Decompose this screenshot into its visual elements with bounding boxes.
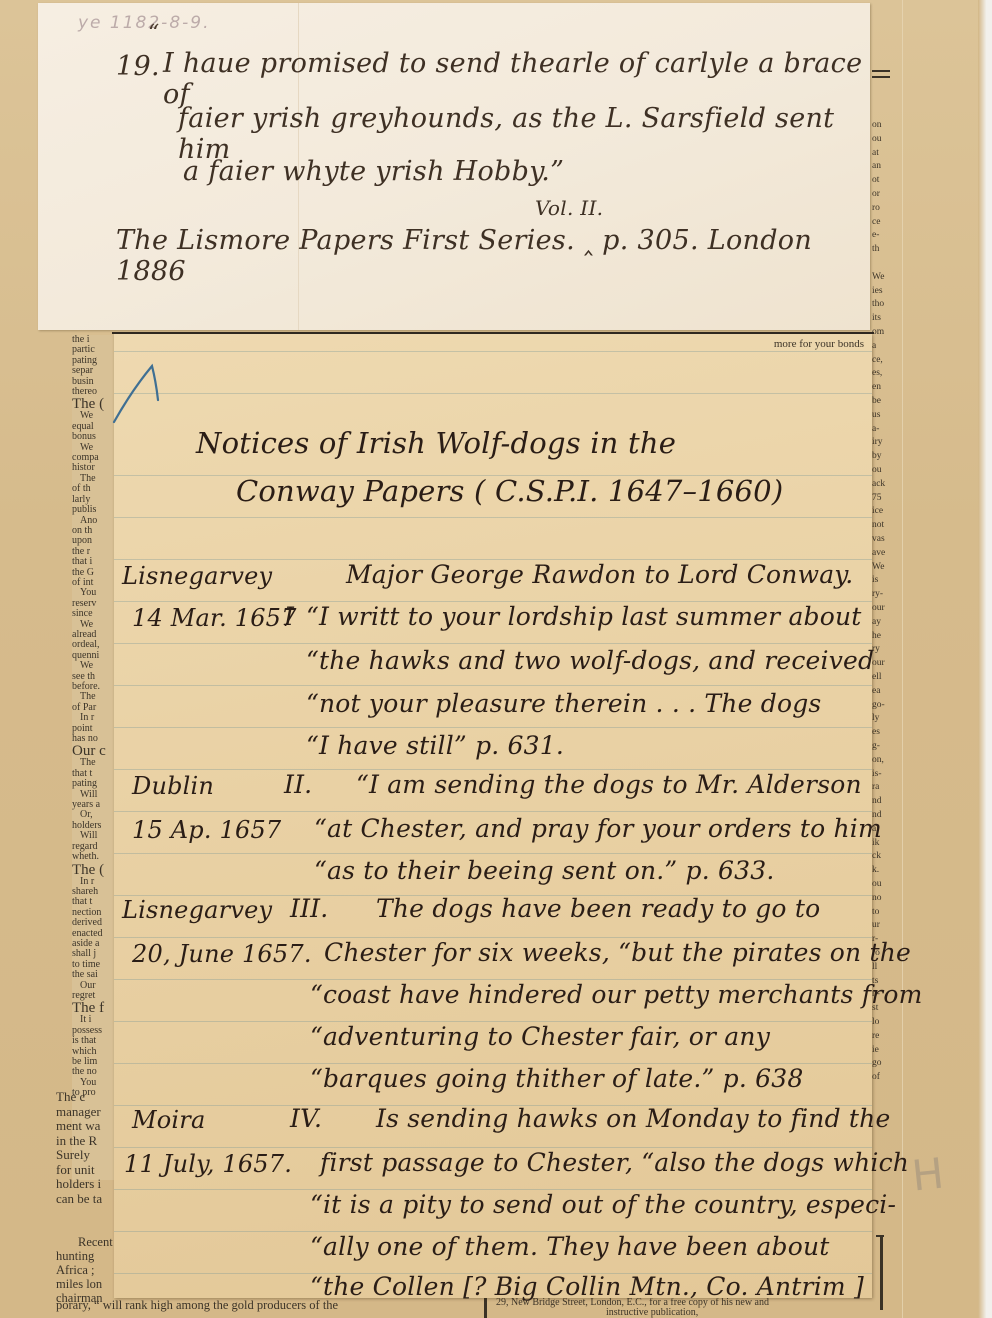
newspaper-fragment: vas [872,534,885,544]
newspaper-line: quenni [72,651,116,661]
entry-place: Lisnegarvey [122,896,272,924]
newspaper-fragment: ce [872,217,880,227]
newspaper-fragment: ave [872,548,885,558]
newspaper-line: years a [72,800,116,810]
newspaper-fragment: ay [872,617,881,627]
newspaper-line: of Par [72,703,116,713]
newspaper-line: publis [72,505,116,515]
newspaper-line: derived [72,918,116,928]
newspaper-fragment: a- [872,424,879,434]
newspaper-fragment: no [872,893,882,903]
entry-date: 15 Ap. 1657 [132,816,281,844]
newspaper-line: for unit [56,1163,118,1178]
newspaper-fragment: go [872,1058,882,1068]
newspaper-line: in the R [56,1134,118,1149]
newspaper-fragment: nd [872,796,882,806]
quote-line: a faier whyte yrish Hobby.” [183,156,564,187]
entry-line: “it is a pity to send out of the country… [310,1190,896,1219]
newspaper-bottom-strip: porary, “ will rank high among the gold … [56,1298,916,1318]
newspaper-line: Recent [56,1235,122,1249]
newspaper-fragment: is [872,575,878,585]
newspaper-fragment: ur [872,920,880,930]
pencil-reference: ye 1182-8-9. [78,13,211,33]
quote-citation: The Lismore Papers First Series. ‸ p. 30… [116,225,870,287]
newspaper-fragment: us [872,410,880,420]
newspaper-fragment: re [872,1031,879,1041]
entry-line: “I have still” p. 631. [306,731,564,760]
newspaper-fragment: We [872,272,884,282]
newspaper-line: Surely [56,1148,118,1163]
entry-line: “I am sending the dogs to Mr. Alderson [356,770,862,799]
newspaper-line: that i [72,557,116,567]
newspaper-line: The c [56,1090,118,1105]
newspaper-fragment: ou [872,134,882,144]
newspaper-fragment: k. [872,865,879,875]
newspaper-fragment: its [872,313,881,323]
newspaper-line: The f [72,1001,116,1015]
entry-line: “I writt to your lordship last summer ab… [306,602,862,631]
newspaper-fragment: ra [872,782,879,792]
newspaper-top-edge-text: more for your bonds [774,338,864,350]
newspaper-fragment: or [872,189,880,199]
newspaper-fragment: 75 [872,493,882,503]
newspaper-bottom-left: RecenthuntingAfrica ;miles lonchairman [56,1235,122,1305]
newspaper-left-column: the iparticpatingseparbusinthereoThe (We… [72,335,116,1180]
entry-date: 11 July, 1657. [124,1150,292,1178]
newspaper-fragment: of [872,1072,880,1082]
newspaper-line: miles lon [56,1277,122,1291]
entry-numeral: IV. [290,1104,322,1133]
entry-numeral: III. [290,894,328,923]
newspaper-fragment: es [872,727,880,737]
newspaper-line: Our c [72,744,116,758]
newspaper-fragment: ro [872,203,880,213]
newspaper-fragment: ea [872,686,880,696]
quote-item-number: 19. [116,51,160,82]
newspaper-line: hunting [56,1249,122,1263]
notebook-title-line1: Notices of Irish Wolf-dogs in the [196,426,676,460]
newspaper-fragment: be [872,396,881,406]
entry-date: 14 Mar. 1657 [132,604,297,632]
newspaper-fragment: go- [872,700,885,710]
quote-volume-insert: Vol. II. [535,196,603,220]
newspaper-fragment: ack [872,479,885,489]
newspaper-fragment: tho [872,299,884,309]
entry-line: “at Chester, and pray for your orders to… [314,814,882,843]
newspaper-line: manager [56,1105,118,1120]
newspaper-fragment: ot [872,175,879,185]
newspaper-fragment: g- [872,741,880,751]
newspaper-line: ment wa [56,1119,118,1134]
entry-line: The dogs have been ready to go to [376,894,820,923]
newspaper-fragment: ry- [872,589,883,599]
newspaper-right-column: onouatanotorrocee-ththink you.Weiesthoit… [872,120,900,1120]
entry-line: “the Collen [? Big Collin Mtn., Co. Antr… [310,1272,864,1301]
newspaper-line: bonus [72,432,116,442]
newspaper-line: The ( [72,397,116,411]
entry-line: first passage to Chester, “also the dogs… [320,1148,909,1177]
quote-line: I haue promised to send thearle of carly… [163,48,870,110]
entry-place: Moira [132,1106,205,1134]
page-fold-line [902,0,903,1318]
newspaper-bottom-line: porary, “ will rank high among the gold … [56,1298,338,1312]
newspaper-line: Africa ; [56,1263,122,1277]
entry-date: 20, June 1657. [132,940,312,968]
newspaper-fragment: at [872,148,879,158]
newspaper-fragment: an [872,161,881,171]
pencil-mark: H [910,1148,947,1200]
newspaper-line: wheth. [72,852,116,862]
newspaper-fragment: ly [872,713,879,723]
entry-line: “the hawks and two wolf-dogs, and receiv… [306,646,874,675]
newspaper-fragment: not [872,520,884,530]
newspaper-fragment: ou [872,879,882,889]
newspaper-fragment: iry [872,437,883,447]
newspaper-fragment: lo [872,1017,879,1027]
entry-line: “coast have hindered our petty merchants… [310,980,922,1009]
page-torn-edge [978,0,992,1318]
newspaper-line: can be ta [56,1192,118,1207]
notebook-title-line2: Conway Papers ( C.S.P.I. 1647–1660) [236,474,783,508]
newspaper-fragment: ck [872,851,881,861]
newspaper-fragment: he [872,631,881,641]
newspaper-left-lower: The cmanagerment wain the RSurelyfor uni… [56,1090,118,1240]
newspaper-rule [872,76,890,78]
entry-line: “as to their beeing sent on.” p. 633. [314,856,775,885]
lismore-quote-clipping: ye 1182-8-9. “ 19. I haue promised to se… [38,3,870,330]
newspaper-fragment: our [872,603,885,613]
newspaper-fragment: e- [872,230,879,240]
entry-line: “adventuring to Chester fair, or any [310,1022,770,1051]
entry-place: Dublin [132,772,214,800]
newspaper-fragment: a [872,341,876,351]
newspaper-fragment: to [872,907,879,917]
entry-numeral: I [284,602,294,631]
entry-line: “ally one of them. They have been about [310,1232,830,1261]
newspaper-line: the sai [72,970,116,980]
entry-heading: Major George Rawdon to Lord Conway. [346,560,853,589]
blue-pencil-caret-icon [112,360,172,430]
newspaper-fragment: ie [872,1045,879,1055]
entry-place: Lisnegarvey [122,562,272,590]
entry-line: “barques going thither of late.” p. 638 [310,1064,803,1093]
entry-line: “not your pleasure therein . . . The dog… [306,689,821,718]
newspaper-fragment: ies [872,286,883,296]
newspaper-fragment: th [872,244,879,254]
notebook-page: more for your bonds Notices of Irish Wol… [114,334,872,1298]
newspaper-fragment: ou [872,465,882,475]
newspaper-line: The ( [72,863,116,877]
open-quote-mark: “ [148,21,159,46]
newspaper-fragment: by [872,451,882,461]
newspaper-line: holders i [56,1177,118,1192]
newspaper-fragment: on, [872,755,884,765]
newspaper-line: since [72,609,116,619]
newspaper-fragment: en [872,382,881,392]
newspaper-rule [872,70,890,72]
newspaper-fragment: We [872,562,884,572]
newspaper-fragment: is- [872,769,882,779]
newspaper-fragment: on [872,120,882,130]
newspaper-fragment: es, [872,368,882,378]
newspaper-fragment: ice [872,506,883,516]
entry-numeral: II. [284,770,312,799]
newspaper-fragment: ce, [872,355,883,365]
newspaper-advert: 29, New Bridge Street, London, E.C., for… [496,1298,769,1318]
entry-line: Chester for six weeks, “but the pirates … [324,938,911,967]
entry-line: Is sending hawks on Monday to find the [376,1104,890,1133]
advert-line: instructive publication, [496,1308,769,1318]
